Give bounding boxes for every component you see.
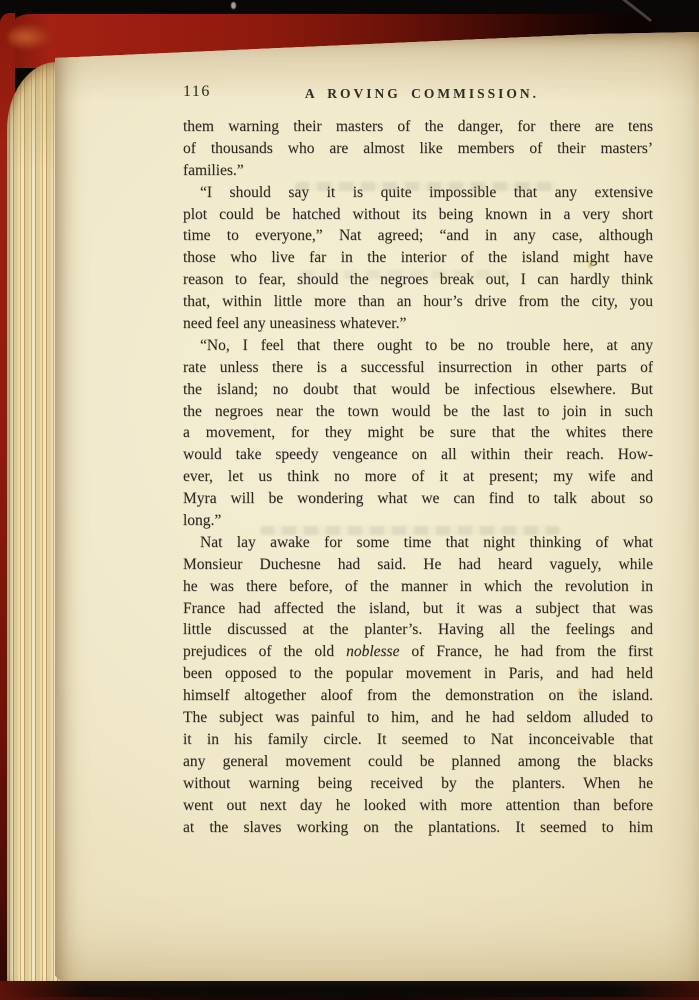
text-line: at the slaves working on the plantations…	[183, 817, 653, 839]
text-line: long.”	[183, 510, 653, 532]
text-line: plot could be hatched without its being …	[183, 204, 653, 226]
paragraph: “I should say it is quite impossible tha…	[183, 182, 653, 335]
text-line: time to everyone,” Nat agreed; “and in a…	[183, 225, 653, 247]
text-line: he was there before, of the manner in wh…	[183, 576, 653, 598]
text-line: went out next day he looked with more at…	[183, 795, 653, 817]
text-line: them warning their masters of the danger…	[183, 116, 653, 138]
text-line: reason to fear, should the negroes break…	[183, 269, 653, 291]
foxing-spot	[588, 262, 593, 268]
text-line: France had affected the island, but it w…	[183, 598, 653, 620]
text-line: would take speedy vengeance on all withi…	[183, 444, 653, 466]
book-scan: 116 A ROVING COMMISSION. them warning th…	[0, 0, 699, 1000]
text-line: Nat lay awake for some time that night t…	[183, 532, 653, 554]
text-line: those who live far in the interior of th…	[183, 247, 653, 269]
text-line: been opposed to the popular movement in …	[183, 663, 653, 685]
paragraph: Nat lay awake for some time that night t…	[183, 532, 653, 838]
foxing-spot	[578, 688, 582, 695]
text-line: any general movement could be planned am…	[183, 751, 653, 773]
text-line: it in his family circle. It seemed to Na…	[183, 729, 653, 751]
book-page: 116 A ROVING COMMISSION. them warning th…	[55, 30, 699, 987]
text-line: “I should say it is quite impossible tha…	[183, 182, 653, 204]
text-line: Myra will be wondering what we can find …	[183, 488, 653, 510]
text-line: that, within little more than an hour’s …	[183, 291, 653, 313]
text-line: the negroes near the town would be the l…	[183, 401, 653, 423]
text-line: himself altogether aloof from the demons…	[183, 685, 653, 707]
text-line: of thousands who are almost like members…	[183, 138, 653, 160]
text-line: families.”	[183, 160, 653, 182]
text-line: little discussed at the planter’s. Havin…	[183, 619, 653, 641]
text-line: The subject was painful to him, and he h…	[183, 707, 653, 729]
text-line: rate unless there is a successful insurr…	[183, 357, 653, 379]
text-line: ever, let us think no more of it at pres…	[183, 466, 653, 488]
text-line: need feel any uneasiness whatever.”	[183, 313, 653, 335]
text-line: without warning being received by the pl…	[183, 773, 653, 795]
paragraph: “No, I feel that there ought to be no tr…	[183, 335, 653, 532]
dust-speck	[231, 2, 236, 9]
text-line: prejudices of the old noblesse of France…	[183, 641, 653, 663]
paragraph: them warning their masters of the danger…	[183, 116, 653, 182]
text-line: the island; no doubt that would be infec…	[183, 379, 653, 401]
book-bottom-shadow	[0, 981, 699, 1000]
page-text: them warning their masters of the danger…	[183, 116, 653, 838]
running-header: A ROVING COMMISSION.	[183, 86, 661, 102]
cover-corner-fray	[8, 24, 52, 50]
text-line: “No, I feel that there ought to be no tr…	[183, 335, 653, 357]
text-line: Monsieur Duchesne had said. He had heard…	[183, 554, 653, 576]
text-line: a movement, for they might be sure that …	[183, 422, 653, 444]
